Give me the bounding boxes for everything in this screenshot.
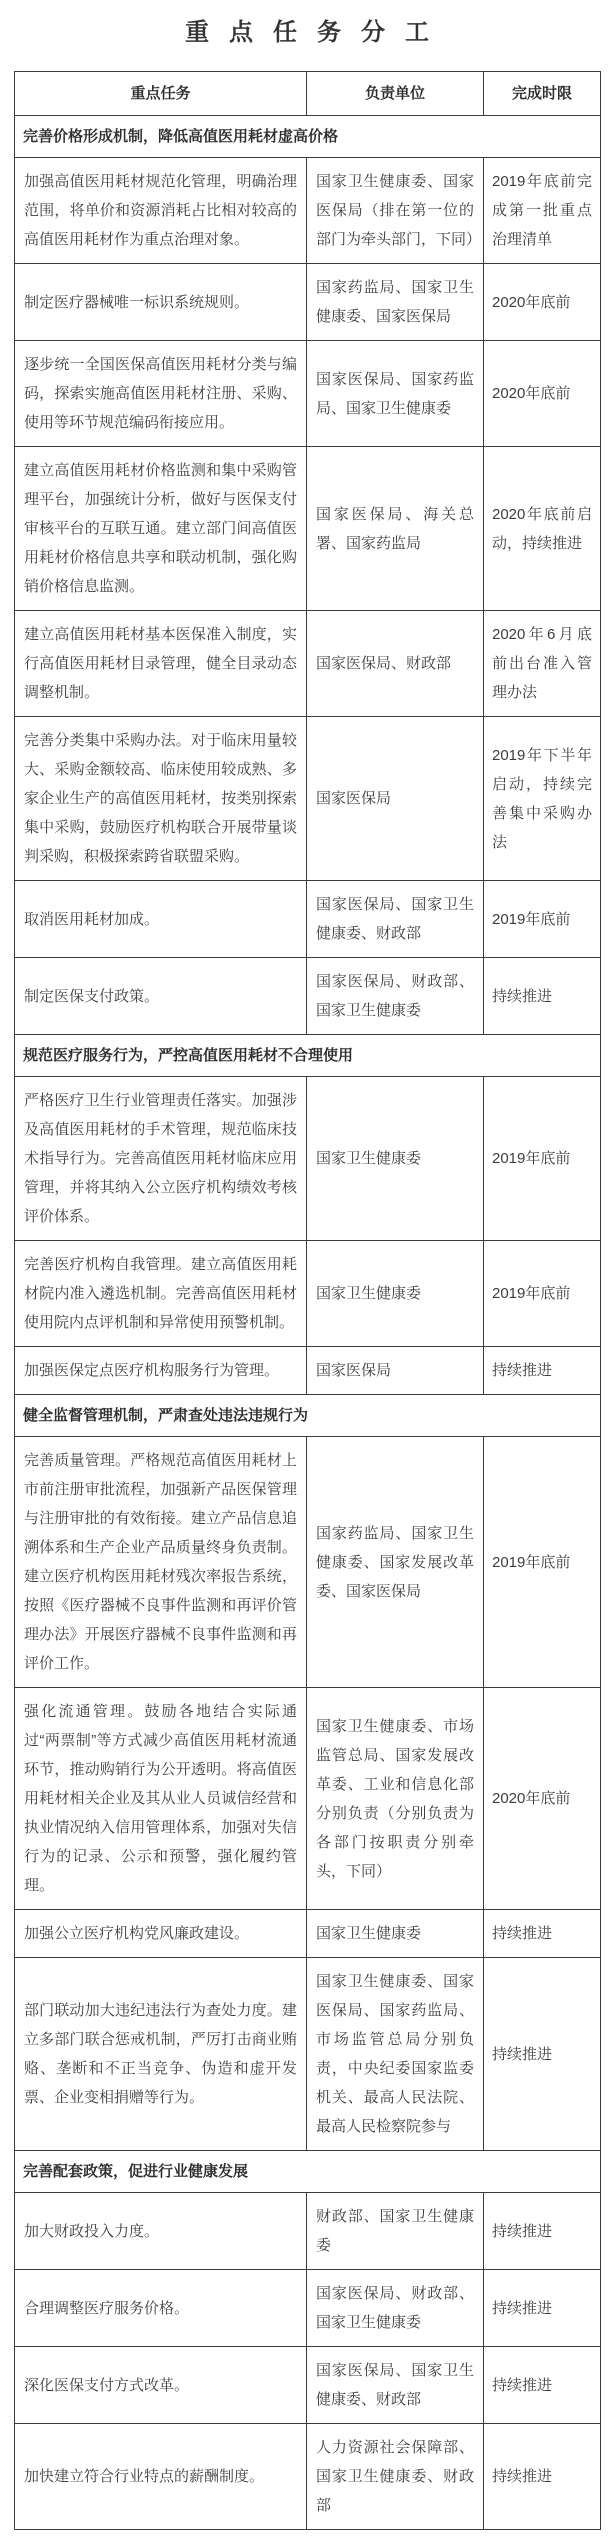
table-row: 加强高值医用耗材规范化管理，明确治理范围，将单价和资源消耗占比相对较高的高值医用… bbox=[15, 158, 601, 264]
task-cell: 建立高值医用耗材基本医保准入制度，实行高值医用耗材目录管理，健全目录动态调整机制… bbox=[15, 611, 307, 717]
table-row: 制定医疗器械唯一标识系统规则。国家药监局、国家卫生健康委、国家医保局2020年底… bbox=[15, 264, 601, 341]
section-row: 完善配套政策，促进行业健康发展 bbox=[15, 2151, 601, 2193]
table-row: 加快建立符合行业特点的薪酬制度。人力资源社会保障部、国家卫生健康委、财政部持续推… bbox=[15, 2424, 601, 2530]
unit-cell: 国家医保局、财政部、国家卫生健康委 bbox=[307, 958, 484, 1035]
deadline-cell: 2020年6月底前出台准入管理办法 bbox=[484, 611, 601, 717]
deadline-cell: 2020年底前启动，持续推进 bbox=[484, 447, 601, 611]
deadline-cell: 持续推进 bbox=[484, 958, 601, 1035]
task-cell: 完善医疗机构自我管理。建立高值医用耗材院内准入遴选机制。完善高值医用耗材使用院内… bbox=[15, 1241, 307, 1347]
unit-cell: 国家卫生健康委、国家医保局、国家药监局、市场监管总局分别负责，中央纪委国家监委机… bbox=[307, 1958, 484, 2151]
unit-cell: 国家医保局、国家卫生健康委、财政部 bbox=[307, 2347, 484, 2424]
deadline-cell: 持续推进 bbox=[484, 2270, 601, 2347]
page-title: 重点任务分工 bbox=[14, 12, 600, 47]
section-title: 健全监督管理机制，严肃查处违法违规行为 bbox=[15, 1395, 601, 1437]
section-row: 健全监督管理机制，严肃查处违法违规行为 bbox=[15, 1395, 601, 1437]
deadline-cell: 2019年下半年启动，持续完善集中采购办法 bbox=[484, 717, 601, 881]
deadline-cell: 持续推进 bbox=[484, 1347, 601, 1395]
table-row: 完善质量管理。严格规范高值医用耗材上市前注册审批流程，加强新产品医保管理与注册审… bbox=[15, 1437, 601, 1688]
task-cell: 加大财政投入力度。 bbox=[15, 2193, 307, 2270]
table-row: 加大财政投入力度。财政部、国家卫生健康委持续推进 bbox=[15, 2193, 601, 2270]
unit-cell: 国家药监局、国家卫生健康委、国家医保局 bbox=[307, 264, 484, 341]
deadline-cell: 2019年底前 bbox=[484, 1437, 601, 1688]
deadline-cell: 持续推进 bbox=[484, 1910, 601, 1958]
deadline-cell: 持续推进 bbox=[484, 2347, 601, 2424]
task-cell: 完善分类集中采购办法。对于临床用量较大、采购金额较高、临床使用较成熟、多家企业生… bbox=[15, 717, 307, 881]
column-header-deadline: 完成时限 bbox=[484, 72, 601, 116]
task-cell: 部门联动加大违纪违法行为查处力度。建立多部门联合惩戒机制，严厉打击商业贿赂、垄断… bbox=[15, 1958, 307, 2151]
table-row: 加强公立医疗机构党风廉政建设。国家卫生健康委持续推进 bbox=[15, 1910, 601, 1958]
unit-cell: 国家医保局、海关总署、国家药监局 bbox=[307, 447, 484, 611]
table-row: 完善分类集中采购办法。对于临床用量较大、采购金额较高、临床使用较成熟、多家企业生… bbox=[15, 717, 601, 881]
unit-cell: 国家医保局、财政部 bbox=[307, 611, 484, 717]
task-cell: 加强医保定点医疗机构服务行为管理。 bbox=[15, 1347, 307, 1395]
column-header-task: 重点任务 bbox=[15, 72, 307, 116]
task-cell: 深化医保支付方式改革。 bbox=[15, 2347, 307, 2424]
section-title: 完善配套政策，促进行业健康发展 bbox=[15, 2151, 601, 2193]
header-row: 重点任务 负责单位 完成时限 bbox=[15, 72, 601, 116]
task-cell: 加快建立符合行业特点的薪酬制度。 bbox=[15, 2424, 307, 2530]
task-cell: 严格医疗卫生行业管理责任落实。加强涉及高值医用耗材的手术管理，规范临床技术指导行… bbox=[15, 1077, 307, 1241]
unit-cell: 国家医保局 bbox=[307, 717, 484, 881]
task-table-body: 完善价格形成机制，降低高值医用耗材虚高价格加强高值医用耗材规范化管理，明确治理范… bbox=[15, 116, 601, 2530]
table-row: 深化医保支付方式改革。国家医保局、国家卫生健康委、财政部持续推进 bbox=[15, 2347, 601, 2424]
table-row: 取消医用耗材加成。国家医保局、国家卫生健康委、财政部2019年底前 bbox=[15, 881, 601, 958]
section-row: 完善价格形成机制，降低高值医用耗材虚高价格 bbox=[15, 116, 601, 158]
section-row: 规范医疗服务行为，严控高值医用耗材不合理使用 bbox=[15, 1035, 601, 1077]
section-title: 完善价格形成机制，降低高值医用耗材虚高价格 bbox=[15, 116, 601, 158]
table-row: 制定医保支付政策。国家医保局、财政部、国家卫生健康委持续推进 bbox=[15, 958, 601, 1035]
unit-cell: 国家卫生健康委 bbox=[307, 1077, 484, 1241]
deadline-cell: 2019年底前完成第一批重点治理清单 bbox=[484, 158, 601, 264]
task-cell: 制定医疗器械唯一标识系统规则。 bbox=[15, 264, 307, 341]
task-cell: 逐步统一全国医保高值医用耗材分类与编码，探索实施高值医用耗材注册、采购、使用等环… bbox=[15, 341, 307, 447]
task-division-table: 重点任务 负责单位 完成时限 完善价格形成机制，降低高值医用耗材虚高价格加强高值… bbox=[14, 71, 601, 2530]
table-row: 完善医疗机构自我管理。建立高值医用耗材院内准入遴选机制。完善高值医用耗材使用院内… bbox=[15, 1241, 601, 1347]
task-cell: 加强高值医用耗材规范化管理，明确治理范围，将单价和资源消耗占比相对较高的高值医用… bbox=[15, 158, 307, 264]
table-row: 逐步统一全国医保高值医用耗材分类与编码，探索实施高值医用耗材注册、采购、使用等环… bbox=[15, 341, 601, 447]
column-header-unit: 负责单位 bbox=[307, 72, 484, 116]
unit-cell: 国家卫生健康委 bbox=[307, 1910, 484, 1958]
deadline-cell: 2019年底前 bbox=[484, 881, 601, 958]
task-cell: 制定医保支付政策。 bbox=[15, 958, 307, 1035]
unit-cell: 人力资源社会保障部、国家卫生健康委、财政部 bbox=[307, 2424, 484, 2530]
task-cell: 取消医用耗材加成。 bbox=[15, 881, 307, 958]
unit-cell: 国家医保局、国家药监局、国家卫生健康委 bbox=[307, 341, 484, 447]
table-row: 合理调整医疗服务价格。国家医保局、财政部、国家卫生健康委持续推进 bbox=[15, 2270, 601, 2347]
task-cell: 加强公立医疗机构党风廉政建设。 bbox=[15, 1910, 307, 1958]
unit-cell: 国家医保局、国家卫生健康委、财政部 bbox=[307, 881, 484, 958]
table-row: 建立高值医用耗材价格监测和集中采购管理平台，加强统计分析，做好与医保支付审核平台… bbox=[15, 447, 601, 611]
unit-cell: 国家药监局、国家卫生健康委、国家发展改革委、国家医保局 bbox=[307, 1437, 484, 1688]
unit-cell: 国家卫生健康委 bbox=[307, 1241, 484, 1347]
deadline-cell: 持续推进 bbox=[484, 2193, 601, 2270]
task-cell: 强化流通管理。鼓励各地结合实际通过“两票制”等方式减少高值医用耗材流通环节，推动… bbox=[15, 1688, 307, 1910]
deadline-cell: 2019年底前 bbox=[484, 1241, 601, 1347]
document-page: 重点任务分工 重点任务 负责单位 完成时限 完善价格形成机制，降低高值医用耗材虚… bbox=[0, 0, 614, 2542]
deadline-cell: 2020年底前 bbox=[484, 341, 601, 447]
deadline-cell: 2019年底前 bbox=[484, 1077, 601, 1241]
deadline-cell: 持续推进 bbox=[484, 2424, 601, 2530]
deadline-cell: 2020年底前 bbox=[484, 1688, 601, 1910]
table-row: 加强医保定点医疗机构服务行为管理。国家医保局持续推进 bbox=[15, 1347, 601, 1395]
table-row: 强化流通管理。鼓励各地结合实际通过“两票制”等方式减少高值医用耗材流通环节，推动… bbox=[15, 1688, 601, 1910]
task-cell: 完善质量管理。严格规范高值医用耗材上市前注册审批流程，加强新产品医保管理与注册审… bbox=[15, 1437, 307, 1688]
unit-cell: 国家卫生健康委、国家医保局（排在第一位的部门为牵头部门，下同） bbox=[307, 158, 484, 264]
table-row: 建立高值医用耗材基本医保准入制度，实行高值医用耗材目录管理，健全目录动态调整机制… bbox=[15, 611, 601, 717]
section-title: 规范医疗服务行为，严控高值医用耗材不合理使用 bbox=[15, 1035, 601, 1077]
unit-cell: 国家医保局、财政部、国家卫生健康委 bbox=[307, 2270, 484, 2347]
unit-cell: 国家医保局 bbox=[307, 1347, 484, 1395]
deadline-cell: 2020年底前 bbox=[484, 264, 601, 341]
table-row: 严格医疗卫生行业管理责任落实。加强涉及高值医用耗材的手术管理，规范临床技术指导行… bbox=[15, 1077, 601, 1241]
task-cell: 建立高值医用耗材价格监测和集中采购管理平台，加强统计分析，做好与医保支付审核平台… bbox=[15, 447, 307, 611]
unit-cell: 财政部、国家卫生健康委 bbox=[307, 2193, 484, 2270]
unit-cell: 国家卫生健康委、市场监管总局、国家发展改革委、工业和信息化部分别负责（分别负责为… bbox=[307, 1688, 484, 1910]
task-cell: 合理调整医疗服务价格。 bbox=[15, 2270, 307, 2347]
table-row: 部门联动加大违纪违法行为查处力度。建立多部门联合惩戒机制，严厉打击商业贿赂、垄断… bbox=[15, 1958, 601, 2151]
deadline-cell: 持续推进 bbox=[484, 1958, 601, 2151]
